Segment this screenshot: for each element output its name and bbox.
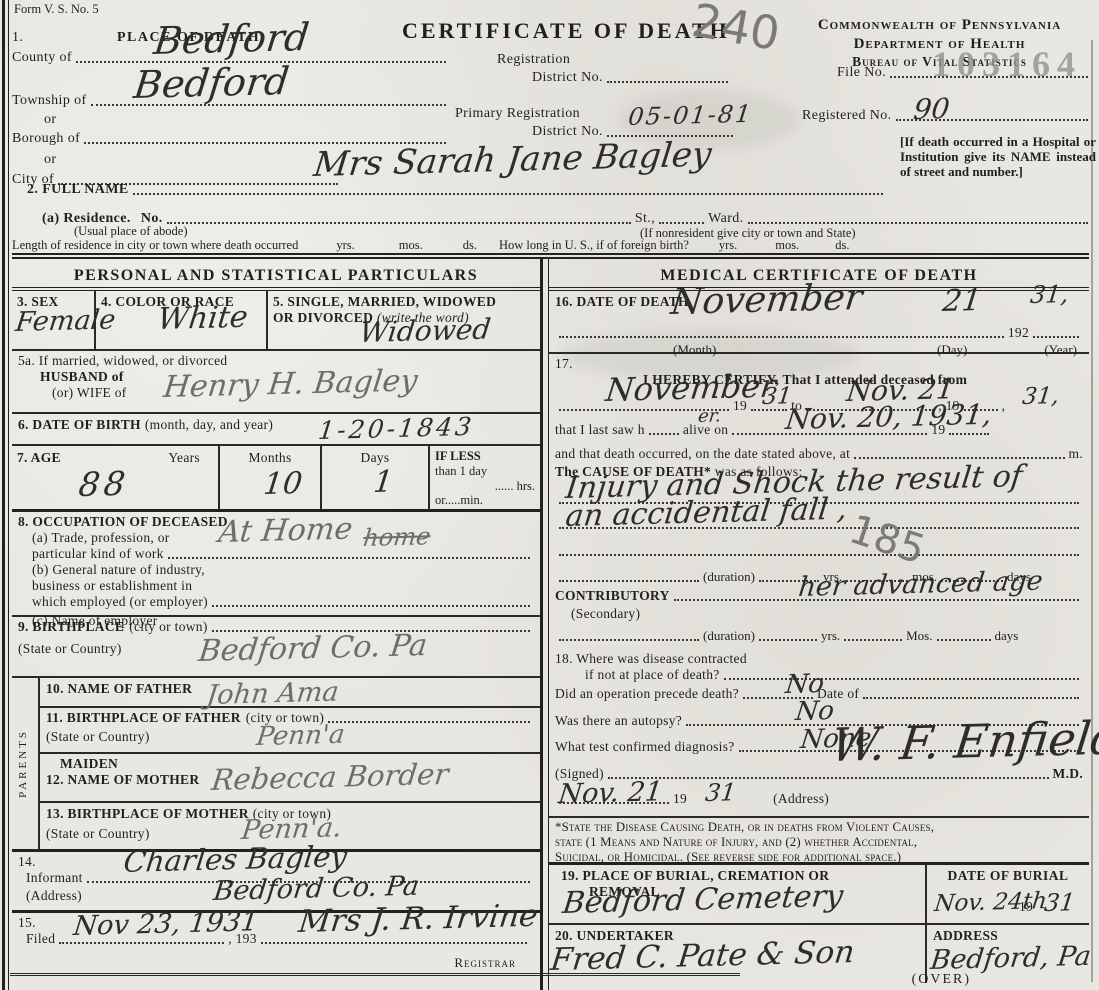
from-year-print: 19 — [733, 398, 747, 414]
undertaker-cell: 20. UNDERTAKER Fred C. Pate & Son — [549, 925, 927, 983]
full-name-row: 2. FULL NAME — [27, 182, 887, 198]
age-years-header: Years — [168, 450, 200, 466]
age-less-line2: than 1 day — [435, 464, 535, 479]
column-divider — [540, 259, 549, 990]
length-right-label: How long in U. S., if of foreign birth? — [499, 238, 689, 253]
dod-label: 16. DATE OF DEATH — [555, 294, 689, 309]
age-less-line1: IF LESS — [435, 449, 535, 464]
signed-year-print: 19 — [673, 791, 687, 807]
duration-days: days — [1007, 569, 1031, 585]
or-label-1: or — [44, 112, 56, 128]
death-at-end: m. — [1069, 446, 1083, 462]
operation-label: Did an operation precede death? — [555, 686, 739, 702]
registrar-label: Registrar — [18, 955, 516, 971]
duration-yrs: yrs. — [823, 569, 842, 585]
contributory-section: CONTRIBUTORY (Secondary) (duration) yrs.… — [549, 586, 1089, 649]
marital-label-2: OR DIVORCED — [273, 310, 373, 325]
county-label: County of — [12, 50, 72, 66]
where-line2: if not at place of death? — [585, 667, 720, 683]
contributory-label: CONTRIBUTORY — [555, 588, 670, 604]
header-section: Form V. S. No. 5 1. PLACE OF DEATH Count… — [12, 0, 1089, 253]
footnote-line1: *State the Disease Causing Death, or in … — [555, 820, 1083, 835]
marital-cell: 5. SINGLE, MARRIED, WIDOWED OR DIVORCED … — [268, 291, 540, 349]
spouse-line1: 5a. If married, widowed, or divorced — [18, 353, 534, 369]
lastsaw-post: alive on — [683, 422, 729, 438]
birthplace-sub: (State or Country) — [18, 641, 534, 657]
age-months-cell: Months 10 — [220, 446, 322, 509]
occupation-b2: business or establishment in — [32, 578, 534, 594]
address-caption: (Address) — [773, 791, 829, 807]
length-of-residence-row: Length of residence in city or town wher… — [12, 238, 1092, 253]
burial-place-label2: REMOVAL — [589, 884, 919, 900]
age-if-less-cell: IF LESS than 1 day ...... hrs. or.....mi… — [430, 446, 540, 509]
disease-contracted-section: 18. Where was disease contracted if not … — [549, 649, 1089, 684]
commonwealth-block: Commonwealth of Pennsylvania Department … — [787, 16, 1092, 70]
full-name-label: 2. FULL NAME — [27, 182, 129, 198]
burial-date-label: DATE OF BURIAL — [933, 868, 1083, 884]
county-row: County of — [12, 50, 450, 66]
marital-label-1: 5. SINGLE, MARRIED, WIDOWED — [273, 294, 535, 310]
birthplace-section: 9. BIRTHPLACE(city or town) (State or Co… — [12, 617, 540, 678]
informant-label: Informant — [26, 870, 83, 886]
mother-bp-label: 13. BIRTHPLACE OF MOTHER — [46, 806, 249, 821]
yrs-label: yrs. — [336, 238, 354, 253]
dob-paren: (month, day, and year) — [145, 417, 273, 432]
cause-of-death-section: The CAUSE OF DEATH* was as follows: (dur… — [549, 462, 1089, 586]
age-table: 7. AGE Years 88 Months 10 Days 1 IF LESS… — [12, 446, 540, 512]
certify-section: 17. I HEREBY CERTIFY, That I attended de… — [549, 354, 1089, 462]
undertaker-address-label: ADDRESS — [933, 928, 1083, 944]
file-no-label: File No. — [837, 65, 886, 81]
father-name-row: 10. NAME OF FATHER John Ama — [40, 678, 540, 708]
left-border — [2, 0, 9, 990]
personal-header: PERSONAL AND STATISTICAL PARTICULARS — [12, 259, 540, 291]
registration-district-row: District No. — [532, 70, 732, 86]
secondary-label: (Secondary) — [571, 606, 1083, 622]
sex-race-marital-row: 3. SEX Female 4. COLOR OR RACE White 5. … — [12, 291, 540, 351]
father-label: 10. NAME OF FATHER — [46, 681, 192, 696]
date-of-death-section: 16. DATE OF DEATH 192 (Month) (Day) (Yea… — [549, 291, 1089, 354]
age-label: 7. AGE — [17, 450, 61, 465]
duration2-days: days — [995, 628, 1019, 644]
borough-row: Borough of — [12, 131, 450, 147]
file-no-row: File No. — [837, 65, 1092, 81]
birthplace-paren: (city or town) — [129, 619, 207, 635]
father-value: John Ama — [205, 679, 340, 709]
length-left-label: Length of residence in city or town wher… — [12, 238, 298, 253]
occupation-a2: particular kind of work — [32, 546, 164, 562]
duration-mos: mos. — [912, 569, 937, 585]
commonwealth-line2: Department of Health — [787, 35, 1092, 54]
primary-registration-line1: Primary Registration — [455, 106, 580, 122]
residence-row: (a) Residence. No. St., Ward. — [42, 211, 1092, 227]
filed-num: 15. — [18, 915, 534, 931]
father-bp-paren: (city or town) — [246, 710, 324, 726]
informant-address-label: (Address) — [26, 888, 534, 904]
birthplace-label: 9. BIRTHPLACE — [18, 619, 124, 635]
mother-birthplace-row: 13. BIRTHPLACE OF MOTHER (city or town) … — [40, 803, 540, 850]
occupation-b1: (b) General nature of industry, — [32, 562, 534, 578]
maiden-label: MAIDEN — [60, 756, 534, 772]
date-of-birth-section: 6. DATE OF BIRTH (month, day, and year) … — [12, 414, 540, 446]
mother-name-row: MAIDEN 12. NAME OF MOTHER Rebecca Border — [40, 754, 540, 803]
age-months-header: Months — [248, 450, 291, 465]
dob-label: 6. DATE OF BIRTH — [18, 417, 141, 432]
borough-label: Borough of — [12, 131, 80, 147]
race-label: 4. COLOR OR RACE — [101, 294, 261, 310]
medical-header: MEDICAL CERTIFICATE OF DEATH — [549, 259, 1089, 291]
signed-section: (Signed) M.D. W. F. Enfield — [549, 764, 1089, 789]
mos-label: mos. — [399, 238, 423, 253]
race-cell: 4. COLOR OR RACE White — [96, 291, 268, 349]
dod-day-value: 21 — [941, 286, 983, 317]
burial-place-cell: 19. PLACE OF BURIAL, CREMATION OR REMOVA… — [549, 865, 927, 923]
certificate-title: CERTIFICATE OF DEATH — [402, 18, 730, 44]
age-months-value: 10 — [262, 469, 304, 500]
occupation-a1: (a) Trade, profession, or — [32, 530, 534, 546]
parents-side-label: PARENTS — [17, 729, 33, 798]
parents-rows: 10. NAME OF FATHER John Ama 11. BIRTHPLA… — [40, 678, 540, 849]
informant-num: 14. — [18, 854, 534, 870]
or-label-2: or — [44, 152, 56, 168]
duration2-mos: Mos. — [906, 628, 932, 644]
occupation-title: 8. OCCUPATION OF DECEASED — [18, 514, 534, 530]
ds-label: ds. — [463, 238, 477, 253]
sex-cell: 3. SEX Female — [12, 291, 96, 349]
operation-section: Did an operation precede death? Date of … — [549, 684, 1089, 711]
dob-value: 1-20-1843 — [317, 414, 476, 443]
duration2-yrs: yrs. — [821, 628, 840, 644]
burial-year-value: 31 — [1043, 890, 1076, 915]
age-days-header: Days — [361, 450, 390, 465]
commonwealth-line1: Commonwealth of Pennsylvania — [787, 16, 1092, 35]
township-row: Township of — [12, 93, 450, 109]
primary-district-row: District No. — [532, 124, 737, 140]
over-label: (OVER) — [912, 972, 971, 988]
father-bp-sub: (State or Country) — [46, 729, 534, 745]
undertaker-row: 20. UNDERTAKER Fred C. Pate & Son ADDRES… — [549, 925, 1089, 983]
registered-no-row: Registered No. — [802, 108, 1092, 124]
personal-column: PERSONAL AND STATISTICAL PARTICULARS 3. … — [12, 259, 540, 990]
lastsaw-pre: that I last saw h — [555, 422, 645, 438]
marital-paren: (write the word) — [377, 310, 469, 325]
age-less-line3: ...... hrs. — [435, 479, 535, 494]
filed-section: 15. Filed , 193 Registrar Nov 23, 1931 M… — [12, 913, 540, 973]
father-bp-label: 11. BIRTHPLACE OF FATHER — [46, 710, 241, 726]
registration-line1: Registration — [497, 52, 570, 68]
certify-num: 17. — [555, 356, 1083, 372]
filed-year-print: , 193 — [228, 931, 257, 947]
mother-label: 12. NAME OF MOTHER — [46, 772, 534, 788]
mother-bp-paren: (city or town) — [253, 806, 331, 821]
to-label: to — [791, 398, 802, 414]
to-year-print: , 19 — [938, 398, 959, 414]
occupation-b3: which employed (or employer) — [32, 594, 208, 610]
lastsaw-year: 19 — [931, 422, 945, 438]
filed-label: Filed — [26, 931, 55, 947]
ds2-label: ds. — [835, 238, 849, 253]
cause-pencil-number: 185 — [845, 509, 930, 571]
signed-label: (Signed) — [555, 766, 604, 782]
form-number: Form V. S. No. 5 — [14, 2, 99, 17]
parents-side-cell: PARENTS — [12, 678, 40, 849]
dod-year-print: 192 — [1008, 325, 1029, 341]
autopsy-section: Was there an autopsy? No — [549, 711, 1089, 737]
duration2-label: (duration) — [703, 628, 755, 644]
item-1: 1. — [12, 30, 23, 46]
test-section: What test confirmed diagnosis? None — [549, 737, 1089, 764]
right-border — [1091, 40, 1093, 982]
undertaker-label: 20. UNDERTAKER — [555, 928, 919, 944]
place-of-death-heading: PLACE OF DEATH — [117, 30, 260, 46]
certify-line: I HEREBY CERTIFY, That I attended deceas… — [643, 372, 1083, 388]
burial-place-label1: 19. PLACE OF BURIAL, CREMATION OR — [561, 868, 919, 884]
age-days-value: 1 — [372, 468, 395, 498]
test-label: What test confirmed diagnosis? — [555, 739, 735, 755]
registered-no-label: Registered No. — [802, 108, 892, 124]
registration-line2: District No. — [532, 70, 603, 86]
spouse-line2: HUSBAND of — [40, 369, 534, 385]
operation-date-label: Date of — [817, 686, 859, 702]
informant-section: 14. Informant (Address) Charles Bagley B… — [12, 852, 540, 913]
medical-column: MEDICAL CERTIFICATE OF DEATH 16. DATE OF… — [549, 259, 1089, 990]
age-years-cell: 7. AGE Years 88 — [12, 446, 220, 509]
cause-label-rest: was as follows: — [715, 464, 803, 479]
burial-row: 19. PLACE OF BURIAL, CREMATION OR REMOVA… — [549, 865, 1089, 925]
where-line1: 18. Where was disease contracted — [555, 651, 1083, 667]
occupation-section: 8. OCCUPATION OF DECEASED (a) Trade, pro… — [12, 512, 540, 617]
death-at-line: and that death occurred, on the date sta… — [555, 446, 850, 462]
signed-date-section: 19 (Address) Nov. 21 31 — [549, 789, 1089, 818]
autopsy-label: Was there an autopsy? — [555, 713, 682, 729]
primary-registration-line2: District No. — [532, 124, 603, 140]
father-birthplace-row: 11. BIRTHPLACE OF FATHER(city or town) (… — [40, 708, 540, 754]
age-days-cell: Days 1 — [322, 446, 430, 509]
mos2-label: mos. — [775, 238, 799, 253]
ward-label: Ward. — [708, 211, 743, 227]
age-years-value: 88 — [77, 467, 131, 501]
burial-year-print: 19 — [1019, 899, 1033, 915]
yrs2-label: yrs. — [719, 238, 737, 253]
spouse-line3: (or) WIFE of — [52, 385, 534, 401]
hospital-note: [If death occurred in a Hospital or Inst… — [900, 135, 1096, 180]
md-label: M.D. — [1053, 766, 1083, 782]
footnote-line2: state (1 Means and Nature of Injury, and… — [555, 835, 1083, 850]
footnote-section: *State the Disease Causing Death, or in … — [549, 818, 1089, 865]
death-certificate: Form V. S. No. 5 1. PLACE OF DEATH Count… — [0, 0, 1099, 990]
footnote-line3: Suicidal, or Homicidal. (See reverse sid… — [555, 850, 1083, 865]
body-columns: PERSONAL AND STATISTICAL PARTICULARS 3. … — [12, 253, 1089, 990]
spouse-section: 5a. If married, widowed, or divorced HUS… — [12, 351, 540, 414]
street-label: St., — [635, 211, 655, 227]
parents-section: PARENTS 10. NAME OF FATHER John Ama 11. … — [12, 678, 540, 852]
burial-date-cell: DATE OF BURIAL Nov. 24th 19 31 — [927, 865, 1089, 923]
sex-label: 3. SEX — [17, 294, 89, 310]
undertaker-address-value: Bedford, Pa — [929, 943, 1092, 974]
duration-label: (duration) — [703, 569, 755, 585]
township-label: Township of — [12, 93, 87, 109]
mother-bp-sub: (State or Country) — [46, 826, 534, 842]
usual-abode-note: (Usual place of abode) — [74, 224, 188, 239]
age-less-line4: or.....min. — [435, 493, 535, 508]
